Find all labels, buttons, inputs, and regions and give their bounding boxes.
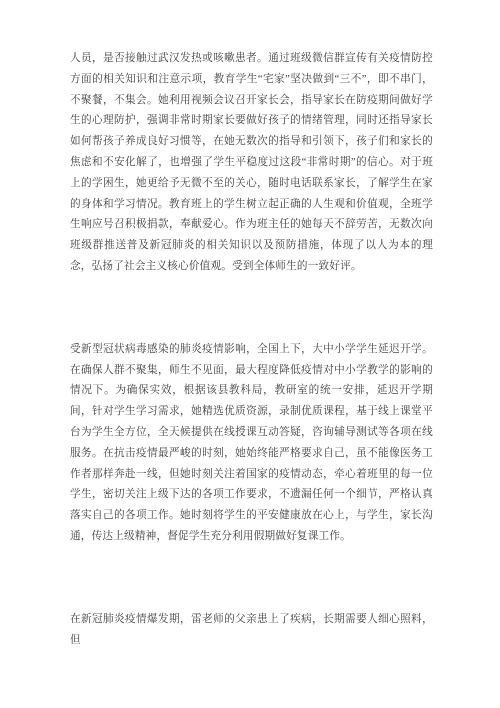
paragraph-3: 在新冠肺炎疫情爆发期，雷老师的父亲患上了疾病，长期需要人细心照料，但 (70, 610, 433, 652)
document-text-block: 人员，是否接触过武汉发热或咳嗽患者。通过班级微信群宣传有关疫情防控方面的相关知识… (70, 49, 433, 651)
document-page: 人员，是否接触过武汉发热或咳嗽患者。通过班级微信群宣传有关疫情防控方面的相关知识… (0, 0, 500, 708)
paragraph-1: 人员，是否接触过武汉发热或咳嗽患者。通过班级微信群宣传有关疫情防控方面的相关知识… (70, 49, 433, 278)
paragraph-2: 受新型冠状病毒感染的肺炎疫情影响，全国上下，大中小学学生延迟开学。在确保人群不聚… (70, 340, 433, 548)
